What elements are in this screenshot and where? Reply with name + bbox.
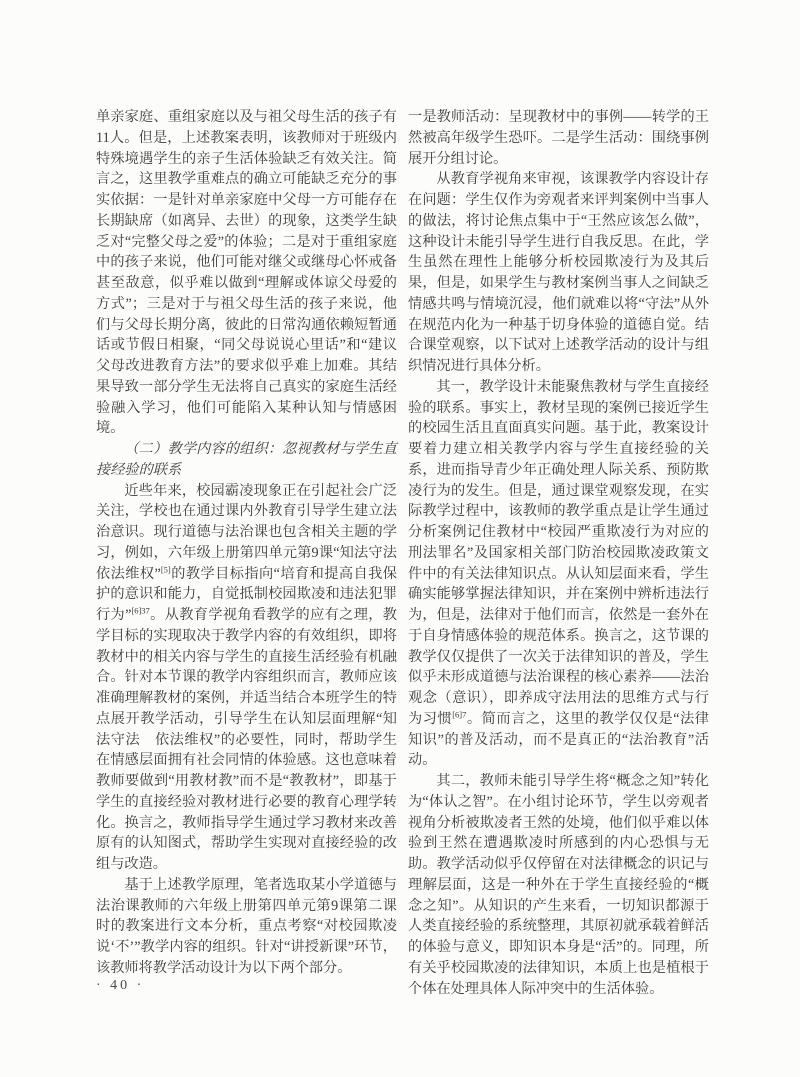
text-run: 单亲家庭、重组家庭以及与祖父母生活的孩子有11人。但是，上述教案表明，该教师对于…: [96, 109, 397, 436]
text-column-right: 一是教师活动：呈现教材中的事例——转学的王然被高年级学生恐吓。二是学生活动：围绕…: [408, 107, 709, 999]
ref-marker: [6]7: [452, 709, 466, 719]
paragraph: 其一，教学设计未能聚焦教材与学生直接经验的联系。事实上，教材呈现的案例已接近学生…: [408, 377, 709, 771]
text-run: 基于上述教学原理，笔者选取某小学道德与法治课教师的六年级上册第四单元第9课第二课…: [96, 877, 397, 976]
paragraph: 其二，教师未能引导学生将“概念之知”转化为“体认之智”。在小组讨论环节，学生以旁…: [408, 771, 709, 999]
paragraph: 从教育学视角来审视，该课教学内容设计存在问题：学生仅作为旁观者来评判案例中当事人…: [408, 169, 709, 377]
text-run: 一是教师活动：呈现教材中的事例——转学的王然被高年级学生恐吓。二是学生活动：围绕…: [408, 109, 709, 167]
ref-marker: [6]37: [131, 605, 149, 615]
paragraph: 基于上述教学原理，笔者选取某小学道德与法治课教师的六年级上册第四单元第9课第二课…: [96, 875, 397, 979]
text-run: （二）教学内容的组织：忽视教材与学生直接经验的联系: [96, 441, 397, 478]
subsection-heading: （二）教学内容的组织：忽视教材与学生直接经验的联系: [96, 439, 397, 481]
text-run: 其一，教学设计未能聚焦教材与学生直接经验的联系。事实上，教材呈现的案例已接近学生…: [408, 379, 709, 727]
paragraph-continued: 单亲家庭、重组家庭以及与祖父母生活的孩子有11人。但是，上述教案表明，该教师对于…: [96, 107, 397, 439]
text-column-left: 单亲家庭、重组家庭以及与祖父母生活的孩子有11人。但是，上述教案表明，该教师对于…: [96, 107, 397, 979]
text-run: 从教育学视角来审视，该课教学内容设计存在问题：学生仅作为旁观者来评判案例中当事人…: [408, 171, 709, 374]
paragraph-continued: 一是教师活动：呈现教材中的事例——转学的王然被高年级学生恐吓。二是学生活动：围绕…: [408, 107, 709, 169]
paragraph: 近些年来，校园霸凌现象正在引起社会广泛关注，学校也在通过课内外教育引导学生建立法…: [96, 481, 397, 875]
text-run: 。简而言之，这里的教学仅仅是“法律知识”的普及活动，而不是真正的“法治教育”活动…: [408, 711, 709, 769]
text-run: 其二，教师未能引导学生将“概念之知”转化为“体认之智”。在小组讨论环节，学生以旁…: [408, 773, 709, 997]
paper-page: 单亲家庭、重组家庭以及与祖父母生活的孩子有11人。但是，上述教案表明，该教师对于…: [0, 0, 800, 1077]
ref-marker: [5]: [161, 564, 171, 574]
page-number: · 40 ·: [96, 978, 144, 994]
text-run: 。从教育学视角看教学的应有之理，教学目标的实现取决于教学内容的有效组织，即将教材…: [96, 607, 397, 872]
